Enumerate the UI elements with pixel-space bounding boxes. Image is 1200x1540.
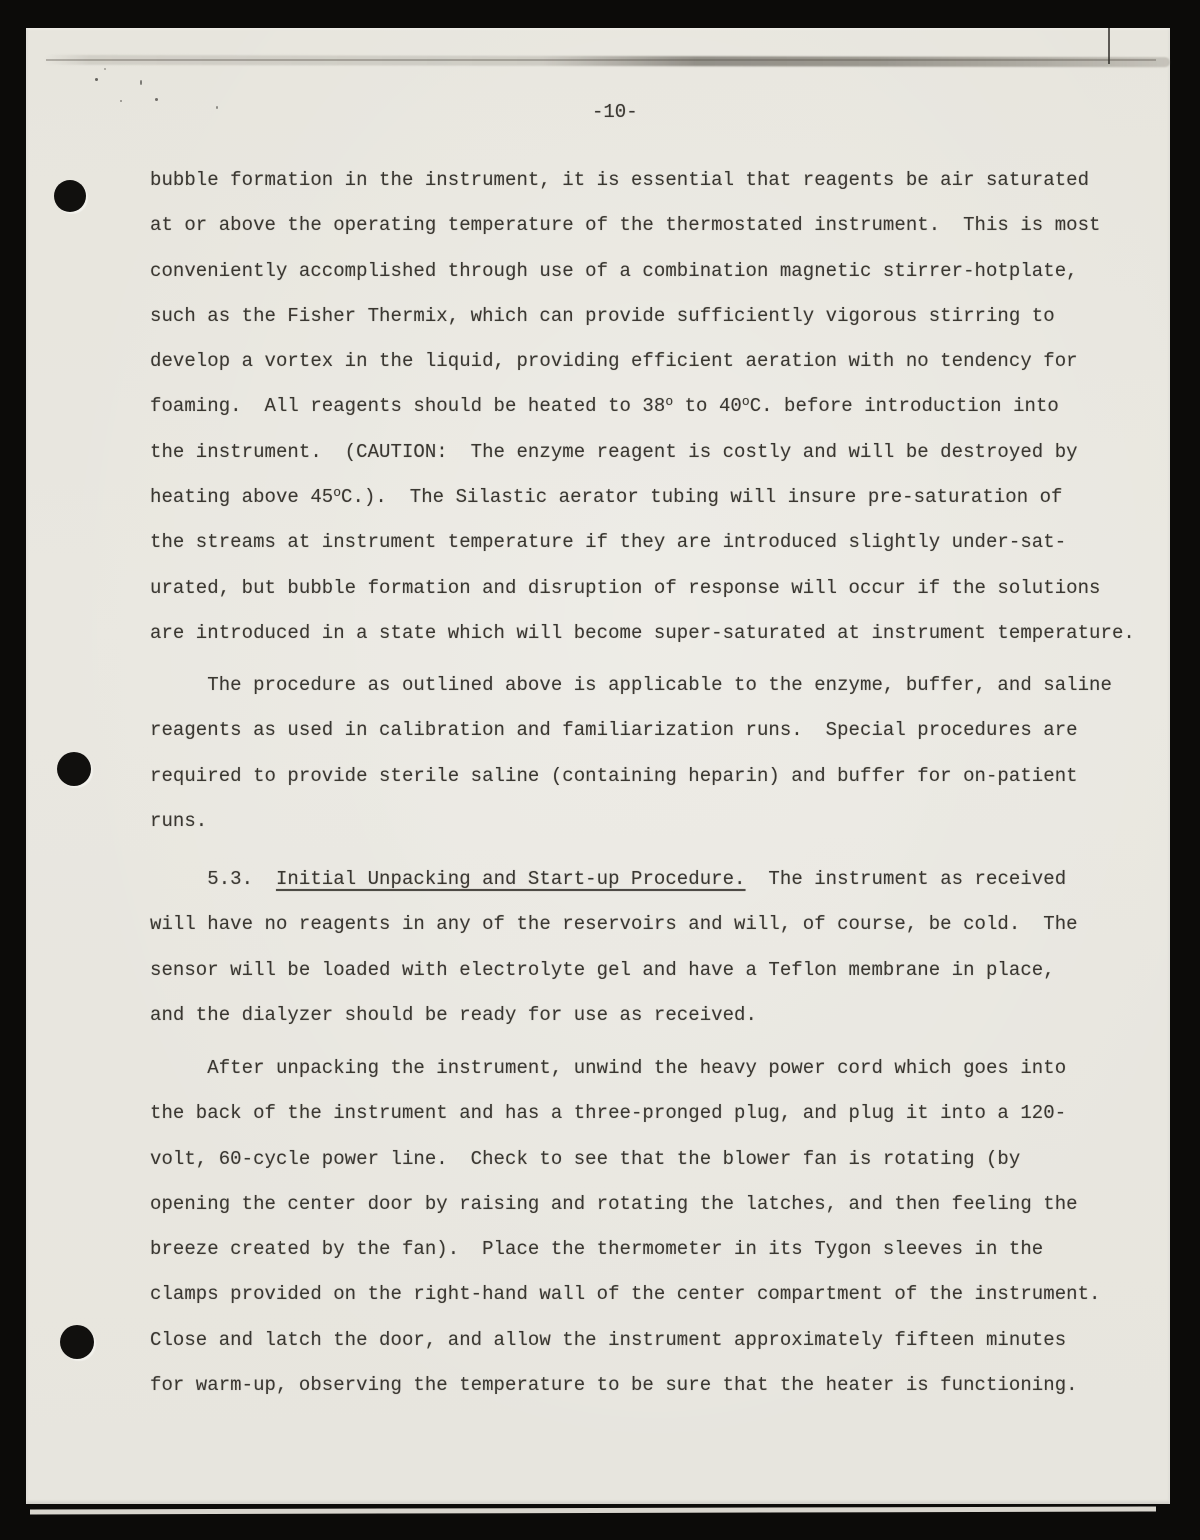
paragraph-reagent-saturation: bubble formation in the instrument, it i… — [150, 158, 1135, 656]
text-line: Close and latch the door, and allow the … — [150, 1318, 1101, 1363]
paragraph-procedure-applicability: The procedure as outlined above is appli… — [150, 663, 1112, 844]
punch-hole — [57, 752, 91, 786]
scan-speck — [95, 78, 98, 81]
document-page: -10- bubble formation in the instrument,… — [26, 28, 1170, 1504]
scan-speck — [155, 98, 158, 101]
text-line: clamps provided on the right-hand wall o… — [150, 1272, 1101, 1317]
text-line: required to provide sterile saline (cont… — [150, 754, 1112, 799]
text-line: and the dialyzer should be ready for use… — [150, 993, 1078, 1038]
text-line: the streams at instrument temperature if… — [150, 520, 1135, 565]
text-line: reagents as used in calibration and fami… — [150, 708, 1112, 753]
underlined-section-title: Initial Unpacking and Start-up Procedure… — [276, 868, 746, 890]
text-line: the back of the instrument and has a thr… — [150, 1091, 1101, 1136]
text-line: urated, but bubble formation and disrupt… — [150, 566, 1135, 611]
scan-speck — [140, 80, 142, 85]
corner-registration-mark — [1108, 28, 1110, 64]
degree-superscript: o — [333, 485, 341, 500]
text-line: develop a vortex in the liquid, providin… — [150, 339, 1135, 384]
scan-background: { "page": { "number_label": "-10-", "pap… — [0, 0, 1200, 1540]
text-line: breeze created by the fan). Place the th… — [150, 1227, 1101, 1272]
text-line: 5.3. Initial Unpacking and Start-up Proc… — [150, 857, 1078, 902]
scan-smudge-band — [44, 55, 1170, 67]
text-line: The procedure as outlined above is appli… — [150, 663, 1112, 708]
punch-hole — [60, 1325, 94, 1359]
text-line: opening the center door by raising and r… — [150, 1182, 1101, 1227]
degree-superscript: o — [742, 394, 750, 409]
punch-hole — [54, 180, 86, 212]
text-line: the instrument. (CAUTION: The enzyme rea… — [150, 430, 1135, 475]
text-line: bubble formation in the instrument, it i… — [150, 158, 1135, 203]
text-line: are introduced in a state which will bec… — [150, 611, 1135, 656]
text-line: will have no reagents in any of the rese… — [150, 902, 1078, 947]
scan-speck — [104, 68, 106, 70]
page-number: -10- — [592, 90, 638, 135]
section-5-3-initial-unpacking: 5.3. Initial Unpacking and Start-up Proc… — [150, 857, 1078, 1038]
underlying-sheet-edge — [30, 1507, 1156, 1515]
text-line: runs. — [150, 799, 1112, 844]
text-line: foaming. All reagents should be heated t… — [150, 384, 1135, 429]
text-line: for warm-up, observing the temperature t… — [150, 1363, 1101, 1408]
scan-speck — [216, 106, 218, 109]
text-line: such as the Fisher Thermix, which can pr… — [150, 294, 1135, 339]
text-line: heating above 45oC.). The Silastic aerat… — [150, 475, 1135, 520]
text-line: sensor will be loaded with electrolyte g… — [150, 948, 1078, 993]
scan-smudge-line — [46, 59, 1156, 61]
text-line: conveniently accomplished through use of… — [150, 249, 1135, 294]
text-line: at or above the operating temperature of… — [150, 203, 1135, 248]
scan-speck — [120, 100, 122, 102]
text-line: volt, 60-cycle power line. Check to see … — [150, 1137, 1101, 1182]
text-line: After unpacking the instrument, unwind t… — [150, 1046, 1101, 1091]
paragraph-unpacking-steps: After unpacking the instrument, unwind t… — [150, 1046, 1101, 1408]
degree-superscript: o — [665, 394, 673, 409]
